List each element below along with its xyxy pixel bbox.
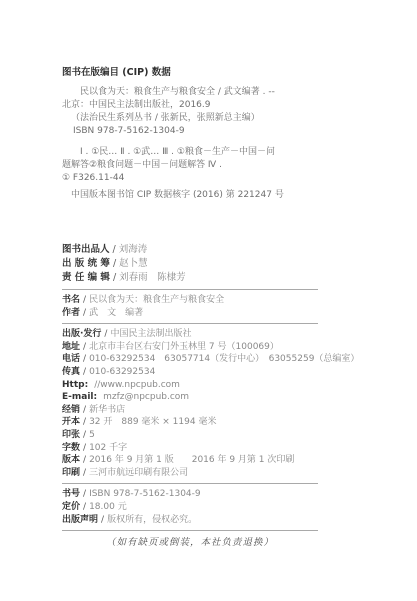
field-value: 武 文 编著	[89, 308, 143, 318]
field-value: mzfz@npcpub.com	[103, 392, 189, 402]
title-row: 书名/民以食为天：粮食生产与粮食安全	[62, 294, 334, 307]
staff-row: 出 版 统 筹/赵卜慧	[62, 257, 334, 271]
cip-isbn-line: ISBN 978-7-5162-1304-9	[62, 125, 334, 138]
field-value: 102 千字	[89, 443, 127, 453]
cip-line: 北京：中国民主法制出版社，2016.9	[62, 99, 334, 112]
field-value: 2016 年 9 月第 1 版 2016 年 9 月第 1 次印刷	[89, 455, 294, 465]
publisher-row: 电话/010-63292534 63057714（发行中心） 63055259（…	[62, 353, 334, 366]
field-separator: /	[113, 244, 116, 255]
cip-section: 图书在版编目 (CIP) 数据 民以食为天：粮食生产与粮食安全 / 武文编著 .…	[62, 66, 334, 202]
field-value: //www.npcpub.com	[94, 380, 180, 390]
field-label: 电话	[62, 354, 80, 364]
cip-line: Ⅰ . ①民… Ⅱ . ①武… Ⅲ . ①粮食－生产－中国－问	[62, 146, 334, 159]
divider	[62, 530, 318, 531]
field-label: 出 版 统 筹	[62, 258, 110, 269]
field-separator: /	[101, 515, 104, 525]
author-row: 作者/武 文 编著	[62, 307, 334, 320]
field-label: 印张	[62, 430, 80, 440]
field-label: 作者	[62, 308, 80, 318]
publisher-row: 开本/32 开 889 毫米 × 1194 毫米	[62, 416, 334, 429]
field-label: 字数	[62, 443, 80, 453]
cip-line: 题解答②粮食问题－中国－问题解答 Ⅳ .	[62, 159, 334, 172]
field-value: 刘海涛	[119, 244, 148, 255]
cip-line: ① F326.11-44	[62, 172, 334, 185]
publisher-row: 传真/010-63292534	[62, 366, 334, 379]
field-value: 版权所有，侵权必究。	[107, 515, 197, 525]
field-separator: /	[113, 272, 116, 283]
field-separator: /	[83, 417, 86, 427]
cip-line: 中国版本图书馆 CIP 数据核字 (2016) 第 221247 号	[62, 189, 334, 202]
field-label: 出版声明	[62, 515, 98, 525]
field-label: 开本	[62, 417, 80, 427]
edition-row: 版本/2016 年 9 月第 1 版 2016 年 9 月第 1 次印刷	[62, 454, 334, 467]
field-value: 010-63292534 63057714（发行中心） 63055259（总编室…	[89, 354, 359, 364]
cip-line: （法治民生系列丛书 / 张新民，张照新总主编）	[62, 112, 334, 125]
field-separator: /	[83, 367, 86, 377]
field-separator: /	[83, 489, 86, 499]
field-separator: /	[83, 405, 86, 415]
field-label: 责 任 编 辑	[62, 272, 110, 283]
publisher-row: 地址/北京市丰台区右安门外玉林里 7 号（100069）	[62, 341, 334, 354]
publisher-row: 出版·发行/中国民主法制出版社	[62, 328, 334, 341]
staff-section: 图书出品人/刘海涛 出 版 统 筹/赵卜慧 责 任 编 辑/刘春雨 陈棣芳	[62, 243, 334, 285]
publisher-section: 出版·发行/中国民主法制出版社 地址/北京市丰台区右安门外玉林里 7 号（100…	[62, 328, 334, 479]
field-label: 图书出品人	[62, 244, 110, 255]
divider	[62, 323, 318, 324]
field-value: 赵卜慧	[119, 258, 148, 269]
field-separator: /	[104, 329, 107, 339]
field-value: 民以食为天：粮食生产与粮食安全	[89, 295, 224, 305]
field-label: Http:	[62, 380, 88, 390]
divider	[62, 289, 318, 290]
field-value: 新华书店	[89, 405, 125, 415]
divider	[62, 483, 318, 484]
copyright-page: 图书在版编目 (CIP) 数据 民以食为天：粮食生产与粮食安全 / 武文编著 .…	[0, 0, 417, 601]
field-value: 5	[89, 430, 95, 440]
field-label: 出版·发行	[62, 329, 101, 339]
field-label: 书名	[62, 295, 80, 305]
publisher-row: 印张/5	[62, 429, 334, 442]
field-label: 传真	[62, 367, 80, 377]
field-label: 版本	[62, 455, 80, 465]
field-value: 北京市丰台区右安门外玉林里 7 号（100069）	[89, 342, 279, 352]
field-value: 010-63292534	[89, 367, 155, 377]
field-value: 三河市航远印刷有限公司	[89, 468, 188, 478]
field-separator: /	[83, 468, 86, 478]
field-separator: /	[83, 455, 86, 465]
field-label: 印刷	[62, 468, 80, 478]
field-separator: /	[83, 354, 86, 364]
field-value: 刘春雨 陈棣芳	[119, 272, 186, 283]
staff-row: 图书出品人/刘海涛	[62, 243, 334, 257]
printer-row: 印刷/三河市航远印刷有限公司	[62, 467, 334, 480]
field-value: 18.00 元	[89, 502, 127, 512]
field-separator: /	[83, 502, 86, 512]
field-label: 地址	[62, 342, 80, 352]
field-label: E-mail:	[62, 392, 97, 402]
field-separator: /	[83, 430, 86, 440]
publisher-row: 经销/新华书店	[62, 404, 334, 417]
cip-classification: Ⅰ . ①民… Ⅱ . ①武… Ⅲ . ①粮食－生产－中国－问 题解答②粮食问题…	[62, 146, 334, 185]
field-value: ISBN 978-7-5162-1304-9	[89, 489, 201, 499]
isbn-row: 书号/ISBN 978-7-5162-1304-9	[62, 488, 334, 501]
publisher-row: 字数/102 千字	[62, 442, 334, 455]
field-separator: /	[113, 258, 116, 269]
cip-heading: 图书在版编目 (CIP) 数据	[62, 66, 334, 79]
field-separator: /	[83, 443, 86, 453]
field-separator: /	[83, 308, 86, 318]
statement-row: 出版声明/版权所有，侵权必究。	[62, 514, 334, 527]
staff-row: 责 任 编 辑/刘春雨 陈棣芳	[62, 271, 334, 285]
cip-line: 民以食为天：粮食生产与粮食安全 / 武文编著 . --	[62, 86, 334, 99]
title-section: 书名/民以食为天：粮食生产与粮食安全 作者/武 文 编著	[62, 294, 334, 319]
price-row: 定价/18.00 元	[62, 501, 334, 514]
field-value: 中国民主法制出版社	[110, 329, 191, 339]
website-row: Http://www.npcpub.com	[62, 379, 334, 392]
field-value: 32 开 889 毫米 × 1194 毫米	[89, 417, 216, 427]
field-separator: /	[83, 295, 86, 305]
isbn-section: 书号/ISBN 978-7-5162-1304-9 定价/18.00 元 出版声…	[62, 488, 334, 526]
email-row: E-mail:mzfz@npcpub.com	[62, 391, 334, 404]
page-content: 图书在版编目 (CIP) 数据 民以食为天：粮食生产与粮食安全 / 武文编著 .…	[62, 66, 334, 550]
field-label: 书号	[62, 489, 80, 499]
field-separator: /	[83, 342, 86, 352]
cip-record-number: 中国版本图书馆 CIP 数据核字 (2016) 第 221247 号	[62, 189, 334, 202]
cip-description: 民以食为天：粮食生产与粮食安全 / 武文编著 . -- 北京：中国民主法制出版社…	[62, 86, 334, 138]
field-label: 经销	[62, 405, 80, 415]
field-label: 定价	[62, 502, 80, 512]
return-policy-note: （如有缺页或倒装，本社负责退换）	[62, 537, 318, 550]
